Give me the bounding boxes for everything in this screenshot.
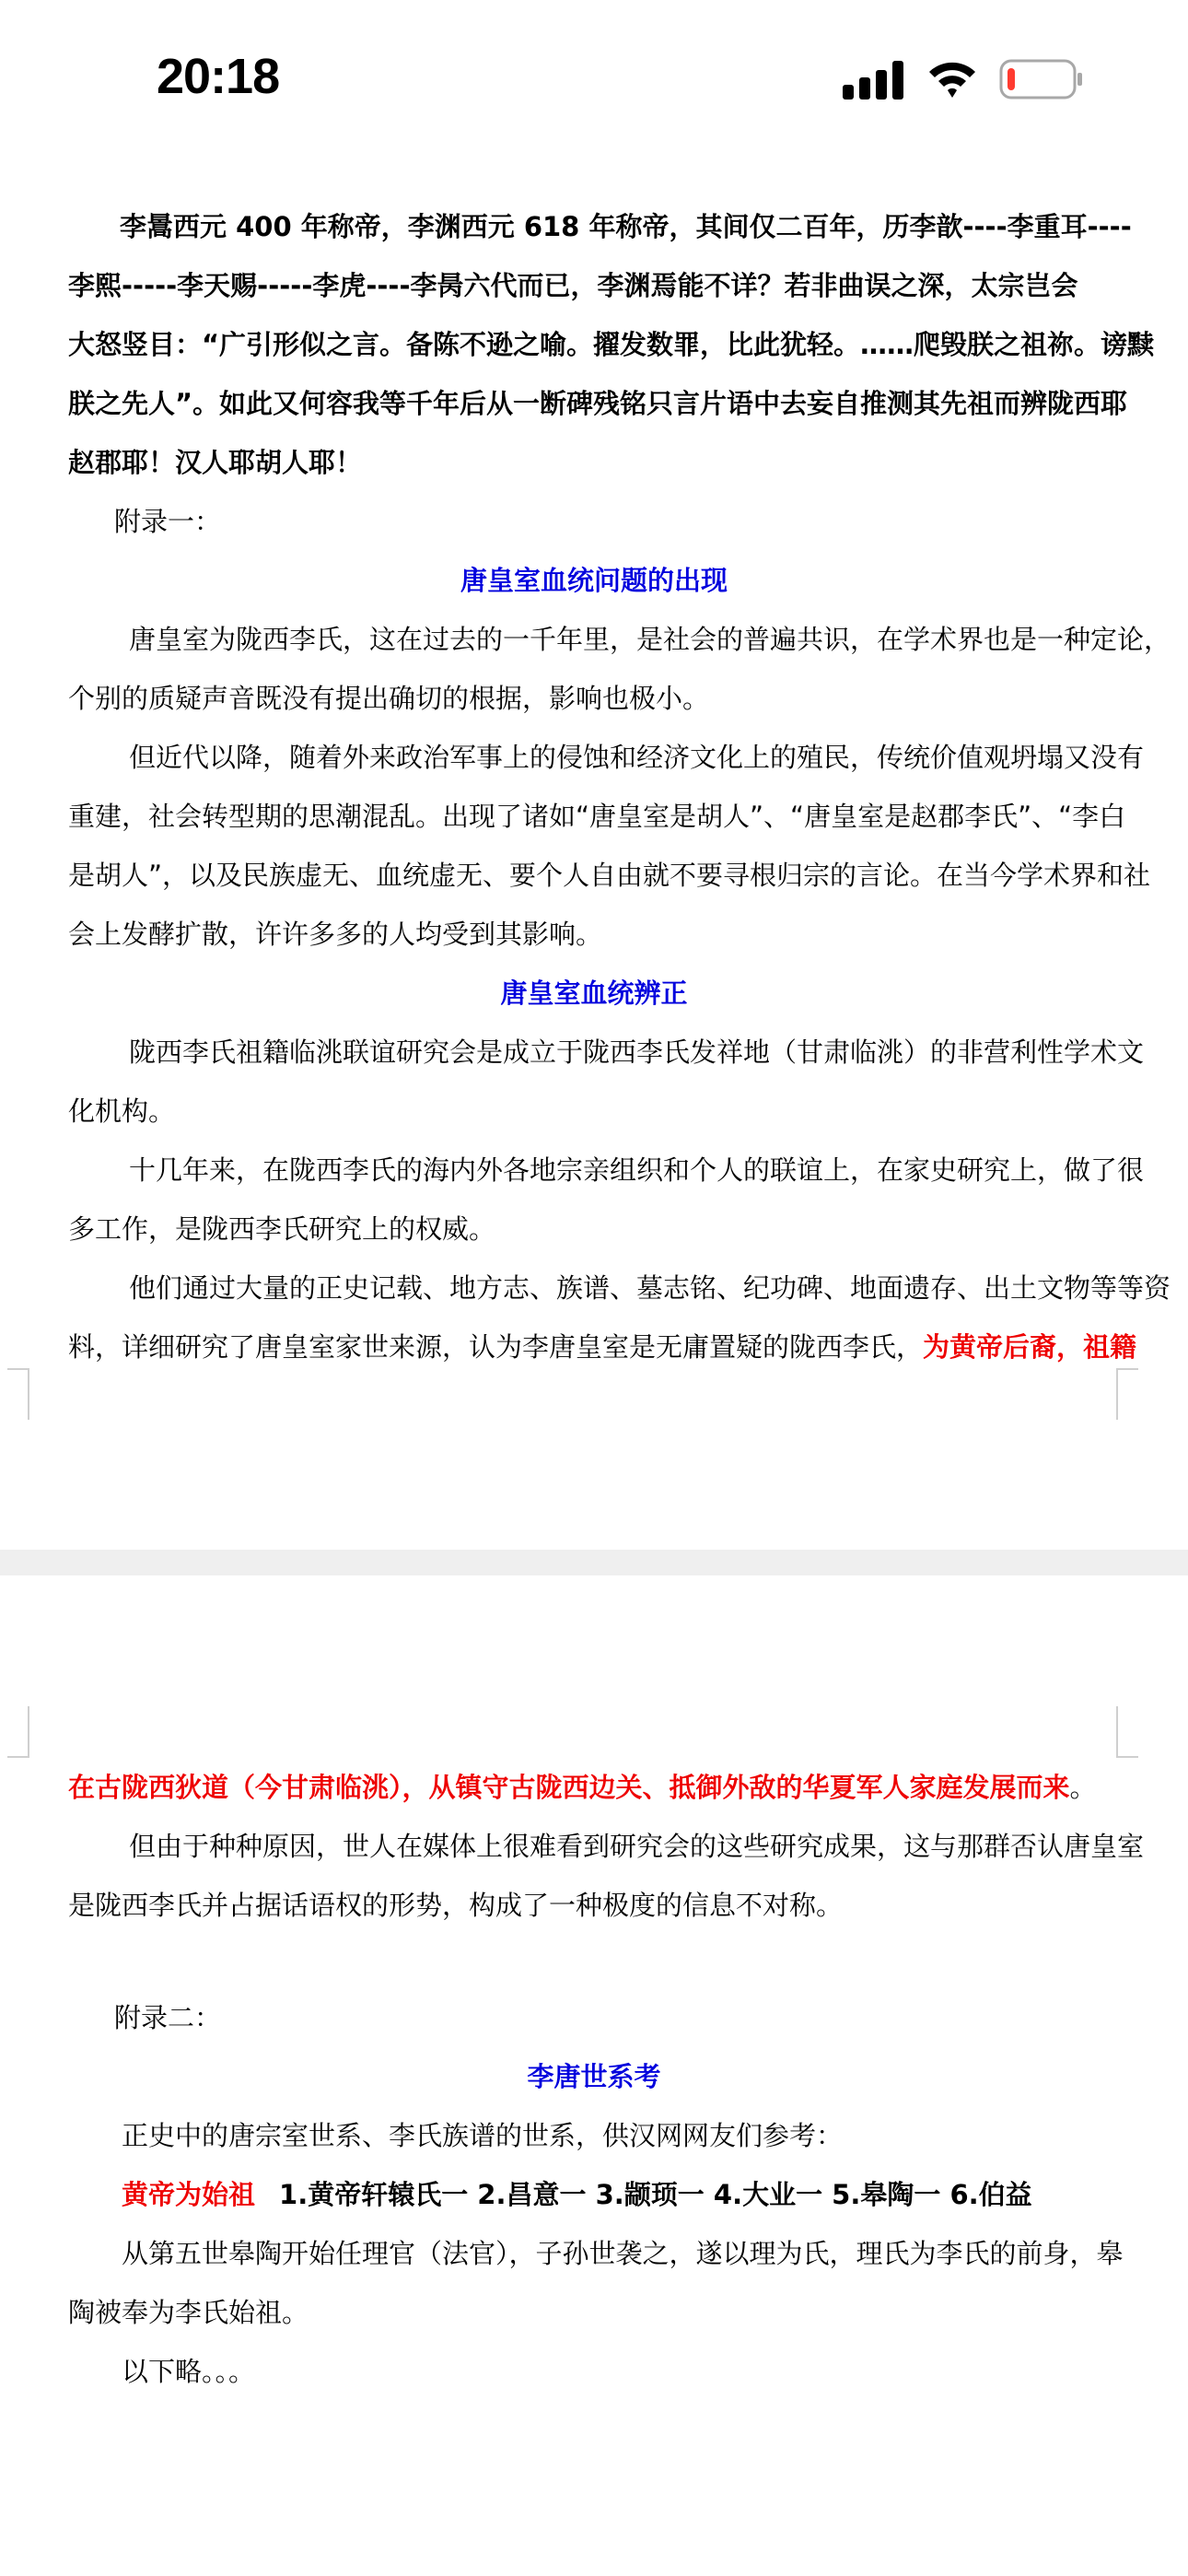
para1-line-2: 个别的质疑声音既没有提出确切的根据，影响也极小。 <box>68 669 1120 728</box>
wifi-icon <box>926 57 979 100</box>
intro-line-1: 李暠西元 400 年称帝，李渊西元 618 年称帝，其间仅二百年，历李歆----… <box>68 197 1120 256</box>
highlight-origin-text: 在古陇西狄道（今甘肃临洮），从镇守古陇西边关、抵御外敌的华夏军人家庭发展而来 <box>68 1772 1070 1803</box>
heading-bloodline-correction: 唐皇室血统辨正 <box>68 964 1120 1023</box>
para9: 以下略。。。 <box>122 2342 1173 2401</box>
para2-line-4: 会上发酵扩散，许许多多的人均受到其影响。 <box>68 905 1120 964</box>
para4-line-2: 多工作，是陇西李氏研究上的权威。 <box>68 1200 1120 1259</box>
para5-plain-text: 料，详细研究了唐皇室家世来源，认为李唐皇室是无庸置疑的陇西李氏， <box>68 1331 923 1363</box>
highlight-comma: ， <box>1056 1331 1083 1363</box>
para2-line-1: 但近代以降，随着外来政治军事上的侵蚀和经济文化上的殖民，传统价值观坍塌又没有 <box>68 728 1120 787</box>
para6-line-2: 是陇西李氏并占据话语权的形势，构成了一种极度的信息不对称。 <box>68 1876 1120 1935</box>
lineage-line: 黄帝为始祖1.黄帝轩辕氏一 2.昌意一 3.颛顼一 4.大业一 5.皋陶一 6.… <box>122 2165 1173 2224</box>
intro-line-4: 朕之先人”。如此又何容我等千年后从一断碑残铭只言片语中去妄自推测其先祖而辨陇西耶 <box>68 374 1120 433</box>
para8-line-1: 从第五世皋陶开始任理官（法官），子孙世袭之，遂以理为氏，理氏为李氏的前身，皋 <box>68 2224 1120 2283</box>
status-bar: 20:18 <box>0 0 1188 147</box>
para4-line-1: 十几年来，在陇西李氏的海内外各地宗亲组织和个人的联谊上，在家史研究上，做了很 <box>68 1141 1120 1200</box>
page-break-gap <box>0 1550 1188 1575</box>
period: 。 <box>1070 1772 1097 1803</box>
heading-li-tang-lineage: 李唐世系考 <box>68 2047 1120 2106</box>
intro-line-5: 赵郡耶！汉人耶胡人耶！ <box>68 433 1120 492</box>
para7: 正史中的唐宗室世系、李氏族谱的世系，供汉网网友们参考： <box>122 2106 1173 2165</box>
highlight-huangdi-descendant: 为黄帝后裔 <box>923 1331 1056 1363</box>
document-page-2: 在古陇西狄道（今甘肃临洮），从镇守古陇西边关、抵御外敌的华夏军人家庭发展而来。 … <box>0 1575 1188 2576</box>
para2-line-3: 是胡人”，以及民族虚无、血统虚无、要个人自由就不要寻根归宗的言论。在当今学术界和… <box>68 846 1120 905</box>
appendix-1-label: 附录一： <box>114 492 1166 551</box>
status-time: 20:18 <box>157 48 279 105</box>
page-corner-mark <box>1116 1706 1138 1758</box>
appendix-2-label: 附录二： <box>114 1988 1166 2047</box>
intro-line-3: 大怒竖目：“广引形似之言。备陈不逊之喻。擢发数罪，比此犹轻。……爬毁朕之祖祢。谤… <box>68 315 1120 374</box>
heading-bloodline-issue: 唐皇室血统问题的出现 <box>68 551 1120 610</box>
lineage-label: 黄帝为始祖 <box>122 2179 255 2210</box>
para8-line-2: 陶被奉为李氏始祖。 <box>68 2283 1120 2342</box>
para6-line-1: 但由于种种原因，世人在媒体上很难看到研究会的这些研究成果，这与那群否认唐皇室 <box>68 1817 1120 1876</box>
para3-line-1: 陇西李氏祖籍临洮联谊研究会是成立于陇西李氏发祥地（甘肃临洮）的非营利性学术文 <box>68 1023 1120 1082</box>
page-corner-mark <box>7 1706 29 1758</box>
intro-line-2: 李熙-----李天赐-----李虎----李昺六代而已，李渊焉能不详？若非曲误之… <box>68 256 1120 315</box>
document-page-1: 李暠西元 400 年称帝，李渊西元 618 年称帝，其间仅二百年，历李歆----… <box>0 147 1188 1550</box>
battery-low-icon <box>999 59 1084 100</box>
highlight-ancestral-home: 祖籍 <box>1083 1331 1136 1363</box>
page-corner-mark <box>7 1368 29 1420</box>
cellular-signal-icon <box>843 61 905 100</box>
para5-line-1: 他们通过大量的正史记载、地方志、族谱、墓志铭、纪功碑、地面遗存、出土文物等等资 <box>68 1259 1120 1317</box>
red-continuation-line: 在古陇西狄道（今甘肃临洮），从镇守古陇西边关、抵御外敌的华夏军人家庭发展而来。 <box>68 1758 1120 1817</box>
para5-line-2: 料，详细研究了唐皇室家世来源，认为李唐皇室是无庸置疑的陇西李氏，为黄帝后裔，祖籍 <box>68 1317 1120 1376</box>
lineage-chain: 1.黄帝轩辕氏一 2.昌意一 3.颛顼一 4.大业一 5.皋陶一 6.伯益 <box>279 2179 1032 2210</box>
para2-line-2: 重建，社会转型期的思潮混乱。出现了诸如“唐皇室是胡人”、“唐皇室是赵郡李氏”、“… <box>68 787 1120 846</box>
page-corner-mark <box>1116 1368 1138 1420</box>
para1-line-1: 唐皇室为陇西李氏，这在过去的一千年里，是社会的普遍共识，在学术界也是一种定论， <box>68 610 1120 669</box>
para3-line-2: 化机构。 <box>68 1082 1120 1141</box>
